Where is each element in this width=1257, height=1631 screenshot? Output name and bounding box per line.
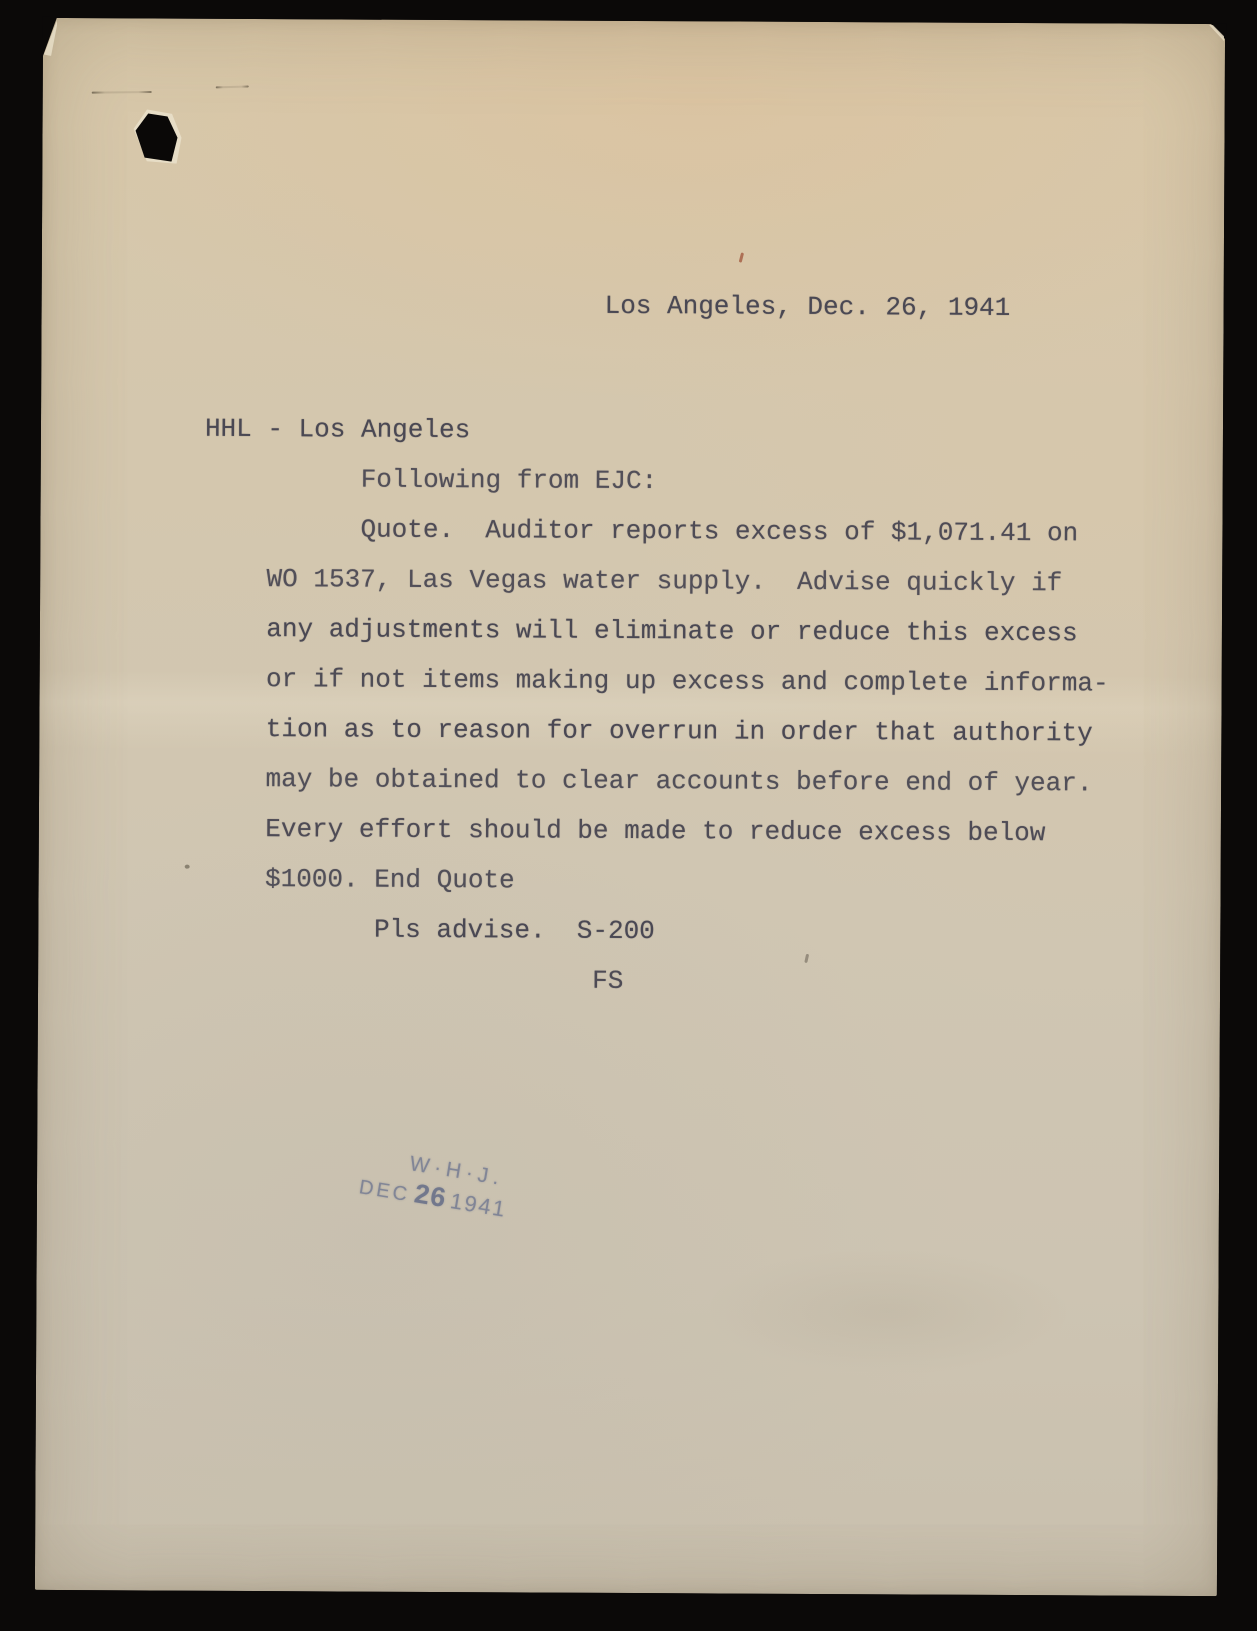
typewritten-line: Quote. Auditor reports excess of $1,071.… [204,504,1109,559]
document-body: HHL - Los Angeles Following from EJC: Qu… [202,404,1110,1009]
typewritten-line: Following from EJC: [205,454,1110,509]
stamp-year: 1941 [448,1188,508,1222]
typewritten-line: FS [202,954,1107,1009]
typewritten-line: HHL - Los Angeles [205,404,1110,459]
typewritten-line: may be obtained to clear accounts before… [203,754,1108,809]
punch-hole [133,109,181,163]
ink-speck [185,865,190,869]
stamp-month: DEC [358,1176,412,1206]
dateline: Los Angeles, Dec. 26, 1941 [604,281,1010,333]
received-date-stamp: W·H·J. DEC 26 1941 [357,1145,513,1224]
scan-background: { "page": { "background_color": "#0b0908… [0,0,1257,1631]
stamp-day: 26 [412,1178,448,1213]
typewritten-line: any adjustments will eliminate or reduce… [204,604,1109,659]
typewritten-line: or if not items making up excess and com… [204,654,1109,709]
staple-mark [216,85,249,88]
typewritten-line: WO 1537, Las Vegas water supply. Advise … [204,554,1109,609]
paper-sheet: Los Angeles, Dec. 26, 1941 HHL - Los Ang… [35,18,1225,1596]
staple-mark [92,91,152,94]
typewritten-line: Pls advise. S-200 [202,904,1107,959]
typewritten-line: $1000. End Quote [202,854,1107,909]
red-fiber-speck [739,252,744,262]
typewritten-line: Every effort should be made to reduce ex… [203,804,1108,859]
typewritten-line: tion as to reason for overrun in order t… [203,704,1108,759]
